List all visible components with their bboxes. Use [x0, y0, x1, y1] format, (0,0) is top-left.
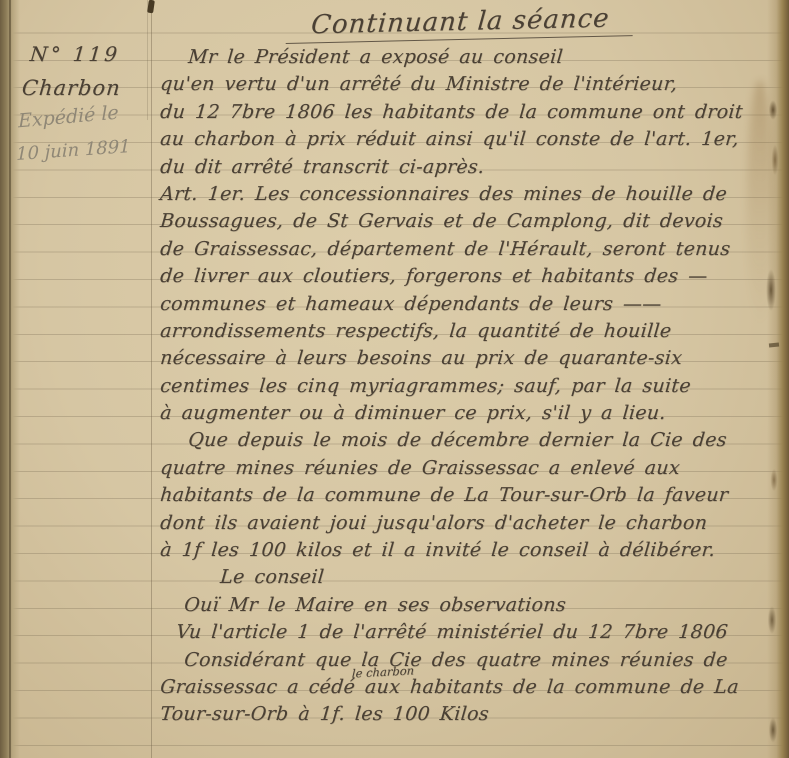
manuscript-line: arrondissements respectifs, la quantité … — [159, 318, 775, 345]
manuscript-line: Art. 1er. Les concessionnaires des mines… — [159, 181, 775, 208]
binding-crease — [9, 0, 11, 758]
manuscript-line: nécessaire à leurs besoins au prix de qu… — [159, 345, 775, 372]
manuscript-body: Mr le Président a exposé au conseil qu'e… — [159, 44, 773, 729]
manuscript-line: Vu l'article 1 de l'arrêté ministériel d… — [175, 619, 775, 646]
manuscript-page: Continuant la séance N° 119 Charbon Expé… — [0, 0, 789, 758]
manuscript-line: à 1f les 100 kilos et il a invité le con… — [159, 537, 775, 564]
manuscript-line: du 12 7bre 1806 les habitants de la comm… — [159, 99, 775, 126]
manuscript-line: habitants de la commune de La Tour-sur-O… — [159, 482, 775, 509]
manuscript-line: dont ils avaient joui jusqu'alors d'ache… — [159, 510, 775, 537]
page-title-text: Continuant la séance — [285, 3, 634, 44]
margin-rule — [151, 0, 152, 758]
manuscript-line: Tour-sur-Orb à 1f. les 100 Kilos — [159, 701, 775, 728]
margin-rule-secondary — [147, 0, 148, 120]
manuscript-line: à augmenter ou à diminuer ce prix, s'il … — [159, 400, 775, 427]
margin-entry-number: N° 119 — [29, 42, 121, 66]
ink-speck — [147, 0, 155, 13]
manuscript-line: Que depuis le mois de décembre dernier l… — [187, 427, 775, 454]
manuscript-line: Le conseil — [219, 564, 775, 591]
manuscript-line: de Graissessac, département de l'Hérault… — [159, 236, 775, 263]
manuscript-line: Mr le Président a exposé au conseil — [187, 44, 775, 71]
manuscript-line: Considérant que la Cie des quatre mines … — [183, 647, 775, 674]
manuscript-line: communes et hameaux dépendants de leurs … — [159, 291, 775, 318]
manuscript-line: Ouï Mr le Maire en ses observations — [183, 592, 775, 619]
manuscript-line: de livrer aux cloutiers, forgerons et ha… — [159, 263, 775, 290]
margin-subject: Charbon — [21, 76, 122, 100]
manuscript-line: centimes les cinq myriagrammes; sauf, pa… — [159, 373, 775, 400]
page-title: Continuant la séance — [160, 7, 760, 40]
margin-pencil-note-line1: Expédié le — [18, 102, 119, 133]
manuscript-line: au charbon à prix réduit ainsi qu'il con… — [159, 126, 775, 153]
manuscript-line: quatre mines réunies de Graissessac a en… — [159, 455, 775, 482]
manuscript-line: Boussagues, de St Gervais et de Camplong… — [159, 208, 775, 235]
manuscript-line: du dit arrêté transcrit ci-après. — [159, 154, 775, 181]
margin-pencil-note-line2: 10 juin 1891 — [16, 136, 130, 165]
manuscript-line: qu'en vertu d'un arrêté du Ministre de l… — [159, 71, 775, 98]
manuscript-line: Graissessac a cédé aux habitants de la c… — [159, 674, 775, 701]
